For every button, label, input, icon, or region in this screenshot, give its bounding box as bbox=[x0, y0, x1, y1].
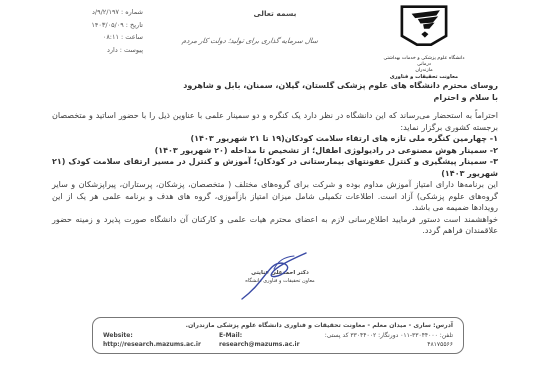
signature-block: دکتر احمدعلی عنایتی معاون تحقیقات و فناو… bbox=[200, 247, 360, 309]
logo-university-line1: دانشگاه علوم پزشکی و خدمات بهداشتی درمان… bbox=[382, 56, 466, 68]
year-slogan: سال سرمایه گذاری برای تولید؛ دولت کار مر… bbox=[149, 37, 350, 45]
scanned-letter-page: شماره : ۹/۲/۱۹۷/د تاریخ : ۱۴۰۳/۰۵/۰۹ ساع… bbox=[0, 0, 550, 367]
paragraph-intro: احتراماً به استحضار می‌رساند که این دانش… bbox=[52, 110, 498, 133]
event-item-1: ۱- چهارمین کنگره ملی تازه های ارتقاء سلا… bbox=[52, 133, 498, 145]
footer-address: آدرس: ساری - میدان معلم - معاونت تحقیقات… bbox=[103, 321, 453, 330]
letter-date: تاریخ : ۱۴۰۳/۰۵/۰۹ bbox=[55, 19, 143, 32]
footer-email: E-Mail: research@mazums.ac.ir bbox=[219, 331, 314, 349]
paragraph-request: خواهشمند است دستور فرمایید اطلاع‌رسانی ل… bbox=[52, 214, 498, 237]
footer-contact-line: تلفن: ۳۳۰۴۴۰۰۰-۰۱۱ دورنگار: ۳۳۰۴۴۰۰۲ کد … bbox=[103, 331, 453, 349]
letter-time: ساعت : ۰۸:۱۱ bbox=[55, 31, 143, 44]
letter-meta: شماره : ۹/۲/۱۹۷/د تاریخ : ۱۴۰۳/۰۵/۰۹ ساع… bbox=[55, 6, 143, 56]
event-item-3: ۳- سمینار پیشگیری و کنترل عفونتهای بیمار… bbox=[52, 156, 498, 179]
university-emblem-icon bbox=[396, 35, 452, 54]
event-item-2: ۲- سمینار هوش مصنوعی در رادیولوژی اطفال؛… bbox=[52, 145, 498, 157]
bismillah-text: بسمه تعالی bbox=[215, 9, 335, 18]
recipients-line: روسای محترم دانشگاه های علوم پزشکی گلستا… bbox=[52, 80, 498, 92]
footer-contact-box: آدرس: ساری - میدان معلم - معاونت تحقیقات… bbox=[92, 317, 464, 354]
footer-phone-fax-postal: تلفن: ۳۳۰۴۴۰۰۰-۰۱۱ دورنگار: ۳۳۰۴۴۰۰۲ کد … bbox=[314, 331, 453, 349]
letter-attachment: پیوست : دارد bbox=[55, 44, 143, 57]
paragraph-details: این برنامه‌ها دارای امتیاز آموزش مداوم ب… bbox=[52, 179, 498, 214]
letter-body: روسای محترم دانشگاه های علوم پزشکی گلستا… bbox=[52, 80, 498, 237]
footer-website: Website: http://research.mazums.ac.ir bbox=[103, 331, 219, 349]
letter-number: شماره : ۹/۲/۱۹۷/د bbox=[55, 6, 143, 19]
university-logo: دانشگاه علوم پزشکی و خدمات بهداشتی درمان… bbox=[382, 4, 466, 81]
event-list: ۱- چهارمین کنگره ملی تازه های ارتقاء سلا… bbox=[52, 133, 498, 179]
salutation-line: با سلام و احترام bbox=[52, 92, 498, 104]
